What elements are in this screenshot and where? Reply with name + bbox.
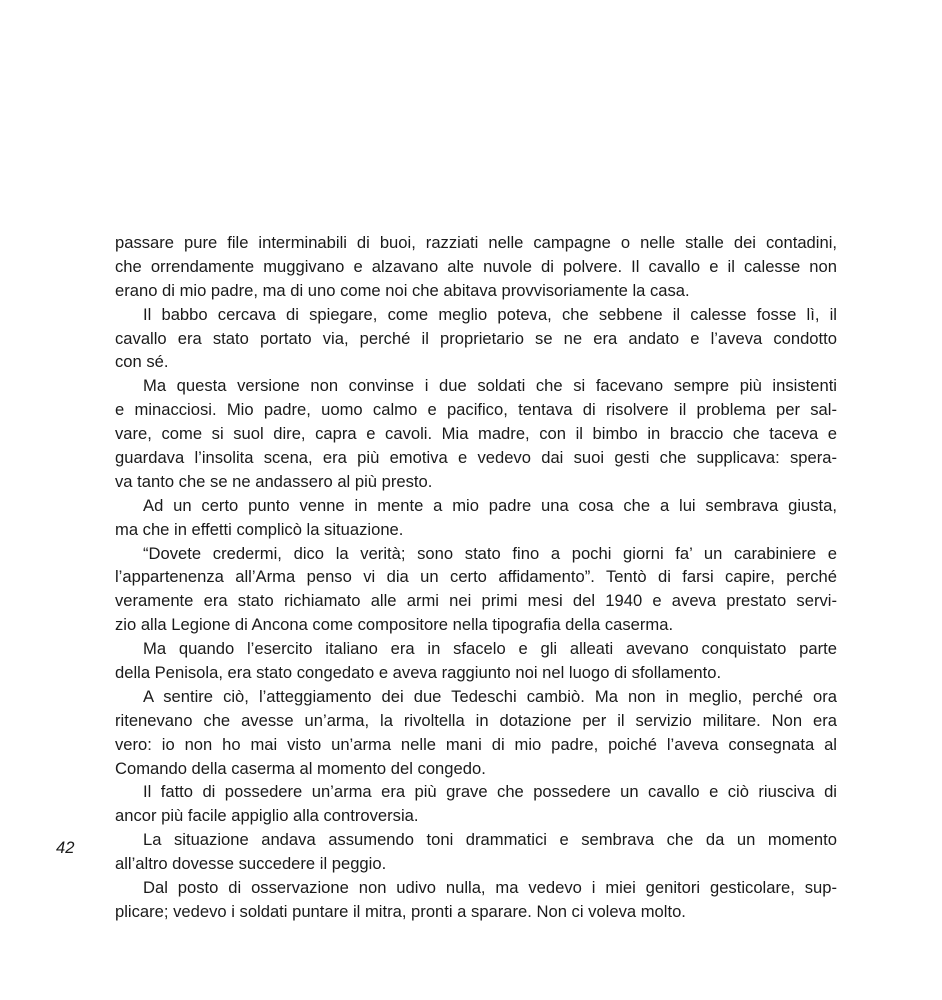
text-line: ritenevano che avesse un’arma, la rivolt… [115,709,837,733]
text-line: Ma quando l’esercito italiano era in sfa… [115,637,837,661]
text-line: ancor più facile appiglio alla controver… [115,804,837,828]
text-line: passare pure file interminabili di buoi,… [115,231,837,255]
text-line: guardava l’insolita scena, era più emoti… [115,446,837,470]
document-page: passare pure file interminabili di buoi,… [0,0,942,1000]
text-line: plicare; vedevo i soldati puntare il mit… [115,900,837,924]
text-line: Comando della caserma al momento del con… [115,757,837,781]
body-text: passare pure file interminabili di buoi,… [115,231,837,924]
text-line: zio alla Legione di Ancona come composit… [115,613,837,637]
text-line: l’appartenenza all’Arma penso vi dia un … [115,565,837,589]
text-line: con sé. [115,350,837,374]
text-line: va tanto che se ne andassero al più pres… [115,470,837,494]
text-line: della Penisola, era stato congedato e av… [115,661,837,685]
text-line: A sentire ciò, l’atteggiamento dei due T… [115,685,837,709]
text-line: Dal posto di osservazione non udivo null… [115,876,837,900]
text-line: erano di mio padre, ma di uno come noi c… [115,279,837,303]
text-line: e minacciosi. Mio padre, uomo calmo e pa… [115,398,837,422]
text-line: Il babbo cercava di spiegare, come megli… [115,303,837,327]
text-line: Ad un certo punto venne in mente a mio p… [115,494,837,518]
text-line: Ma questa versione non convinse i due so… [115,374,837,398]
text-line: all’altro dovesse succedere il peggio. [115,852,837,876]
text-line: “Dovete credermi, dico la verità; sono s… [115,542,837,566]
text-line: vare, come si suol dire, capra e cavoli.… [115,422,837,446]
text-line: vero: io non ho mai visto un’arma nelle … [115,733,837,757]
text-line: veramente era stato richiamato alle armi… [115,589,837,613]
page-number: 42 [56,836,74,860]
text-line: che orrendamente muggivano e alzavano al… [115,255,837,279]
text-line: cavallo era stato portato via, perché il… [115,327,837,351]
text-line: La situazione andava assumendo toni dram… [115,828,837,852]
text-line: ma che in effetti complicò la situazione… [115,518,837,542]
text-line: Il fatto di possedere un’arma era più gr… [115,780,837,804]
